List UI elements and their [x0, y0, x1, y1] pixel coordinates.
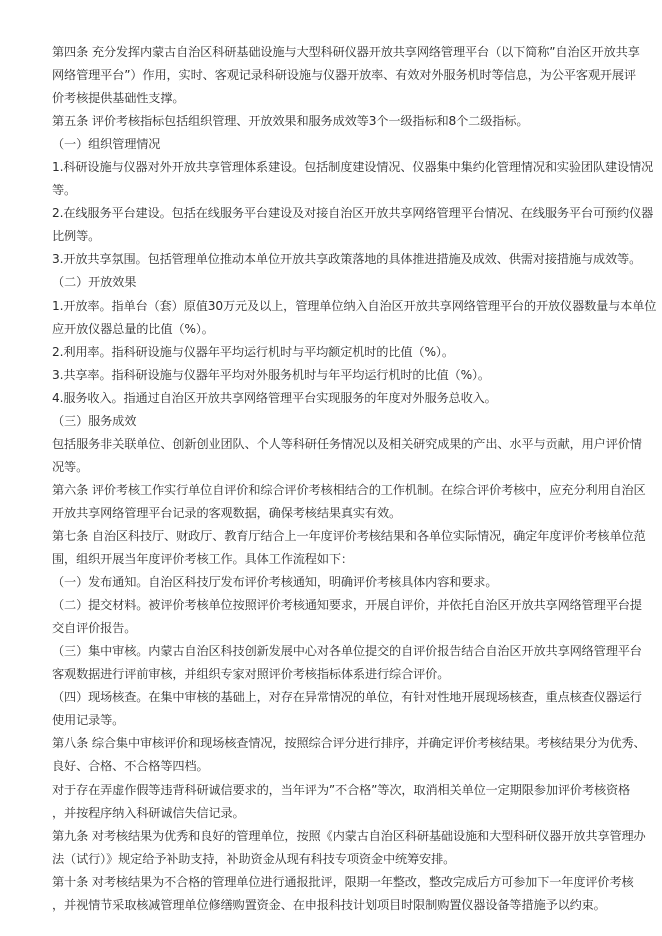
text-line: 对于存在弄虚作假等违背科研诚信要求的，当年评为”不合格”等次，取消相关单位一定期…: [52, 779, 610, 802]
paragraph-sec1-1: 1.科研设施与仪器对外开放共享管理体系建设。包括制度建设情况、仪器集中集约化管理…: [52, 156, 610, 202]
paragraph-sec3-body: 包括服务非关联单位、创新创业团队、个人等科研任务情况以及相关研究成果的产出、水平…: [52, 433, 610, 479]
text-line: 4.服务收入。指通过自治区开放共享网络管理平台实现服务的年度对外服务总收入。: [52, 387, 610, 410]
paragraph-sec2-3: 3.共享率。指科研设施与仪器年平均对外服务机时与年平均运行机时的比值（%）。: [52, 364, 610, 387]
paragraph-sec2-1: 1.开放率。指单台（套）原值30万元及以上，管理单位纳入自治区开放共享网络管理平…: [52, 295, 610, 341]
text-line: ，并按程序纳入科研诚信失信记录。: [52, 802, 610, 825]
text-line: 包括服务非关联单位、创新创业团队、个人等科研任务情况以及相关研究成果的产出、水平…: [52, 433, 610, 456]
paragraph-art7: 第七条 自治区科技厅、财政厅、教育厅结合上一年度评价考核结果和各单位实际情况，确…: [52, 525, 610, 571]
text-line: 等。: [52, 179, 610, 202]
text-line: （二）开放效果: [52, 271, 610, 294]
paragraph-art6: 第六条 评价考核工作实行单位自评价和综合评价考核相结合的工作机制。在综合评价考核…: [52, 479, 610, 525]
text-line: ，并视情节采取核减管理单位修缮购置资金、在申报科技计划项目时限制购置仪器设备等措…: [52, 894, 610, 917]
paragraph-step3: （三）集中审核。内蒙古自治区科技创新发展中心对各单位提交的自评价报告结合自治区开…: [52, 640, 610, 686]
text-line: 第四条 充分发挥内蒙古自治区科研基础设施与大型科研仪器开放共享网络管理平台（以下…: [52, 41, 610, 64]
paragraph-art8-2: 对于存在弄虚作假等违背科研诚信要求的，当年评为”不合格”等次，取消相关单位一定期…: [52, 779, 610, 825]
paragraph-art9: 第九条 对考核结果为优秀和良好的管理单位，按照《内蒙古自治区科研基础设施和大型科…: [52, 825, 610, 871]
document-page: 第四条 充分发挥内蒙古自治区科研基础设施与大型科研仪器开放共享网络管理平台（以下…: [52, 41, 610, 917]
paragraph-sec2-2: 2.利用率。指科研设施与仪器年平均运行机时与平均额定机时的比值（%）。: [52, 341, 610, 364]
paragraph-sec1: （一）组织管理情况: [52, 133, 610, 156]
paragraph-art4: 第四条 充分发挥内蒙古自治区科研基础设施与大型科研仪器开放共享网络管理平台（以下…: [52, 41, 610, 110]
text-line: 2.在线服务平台建设。包括在线服务平台建设及对接自治区开放共享网络管理平台情况、…: [52, 202, 610, 225]
text-line: 良好、合格、不合格等四档。: [52, 755, 610, 778]
text-line: 1.开放率。指单台（套）原值30万元及以上，管理单位纳入自治区开放共享网络管理平…: [52, 295, 610, 318]
paragraph-sec1-2: 2.在线服务平台建设。包括在线服务平台建设及对接自治区开放共享网络管理平台情况、…: [52, 202, 610, 248]
text-line: 交自评价报告。: [52, 617, 610, 640]
text-line: 第九条 对考核结果为优秀和良好的管理单位，按照《内蒙古自治区科研基础设施和大型科…: [52, 825, 610, 848]
text-line: （一）发布通知。自治区科技厅发布评价考核通知，明确评价考核具体内容和要求。: [52, 571, 610, 594]
text-line: 网络管理平台”）作用，实时、客观记录科研设施与仪器开放率、有效对外服务机时等信息…: [52, 64, 610, 87]
text-line: 第六条 评价考核工作实行单位自评价和综合评价考核相结合的工作机制。在综合评价考核…: [52, 479, 610, 502]
paragraph-art8: 第八条 综合集中审核评价和现场核查情况，按照综合评分进行排序，并确定评价考核结果…: [52, 732, 610, 778]
text-line: 况等。: [52, 456, 610, 479]
text-line: 第五条 评价考核指标包括组织管理、开放效果和服务成效等3个一级指标和8个二级指标…: [52, 110, 610, 133]
paragraph-sec2-4: 4.服务收入。指通过自治区开放共享网络管理平台实现服务的年度对外服务总收入。: [52, 387, 610, 410]
text-line: 围，组织开展当年度评价考核工作。具体工作流程如下：: [52, 548, 610, 571]
text-line: （三）集中审核。内蒙古自治区科技创新发展中心对各单位提交的自评价报告结合自治区开…: [52, 640, 610, 663]
text-line: 第八条 综合集中审核评价和现场核查情况，按照综合评分进行排序，并确定评价考核结果…: [52, 732, 610, 755]
paragraph-art5: 第五条 评价考核指标包括组织管理、开放效果和服务成效等3个一级指标和8个二级指标…: [52, 110, 610, 133]
text-line: （三）服务成效: [52, 410, 610, 433]
text-line: 2.利用率。指科研设施与仪器年平均运行机时与平均额定机时的比值（%）。: [52, 341, 610, 364]
text-line: 第七条 自治区科技厅、财政厅、教育厅结合上一年度评价考核结果和各单位实际情况，确…: [52, 525, 610, 548]
text-line: 价考核提供基础性支撑。: [52, 87, 610, 110]
text-line: 开放共享网络管理平台记录的客观数据，确保考核结果真实有效。: [52, 502, 610, 525]
text-line: （一）组织管理情况: [52, 133, 610, 156]
paragraph-sec3: （三）服务成效: [52, 410, 610, 433]
text-line: 比例等。: [52, 225, 610, 248]
text-line: 1.科研设施与仪器对外开放共享管理体系建设。包括制度建设情况、仪器集中集约化管理…: [52, 156, 610, 179]
text-line: 使用记录等。: [52, 709, 610, 732]
text-line: （二）提交材料。被评价考核单位按照评价考核通知要求，开展自评价，并依托自治区开放…: [52, 594, 610, 617]
text-line: 应开放仪器总量的比值（%）。: [52, 318, 610, 341]
text-line: 第十条 对考核结果为不合格的管理单位进行通报批评，限期一年整改，整改完成后方可参…: [52, 871, 610, 894]
text-line: 3.共享率。指科研设施与仪器年平均对外服务机时与年平均运行机时的比值（%）。: [52, 364, 610, 387]
text-line: （四）现场核查。在集中审核的基础上，对存在异常情况的单位，有针对性地开展现场核查…: [52, 686, 610, 709]
text-line: 客观数据进行评前审核，并组织专家对照评价考核指标体系进行综合评价。: [52, 663, 610, 686]
paragraph-step2: （二）提交材料。被评价考核单位按照评价考核通知要求，开展自评价，并依托自治区开放…: [52, 594, 610, 640]
paragraph-sec1-3: 3.开放共享氛围。包括管理单位推动本单位开放共享政策落地的具体推进措施及成效、供…: [52, 248, 610, 271]
text-line: 3.开放共享氛围。包括管理单位推动本单位开放共享政策落地的具体推进措施及成效、供…: [52, 248, 610, 271]
paragraph-art10: 第十条 对考核结果为不合格的管理单位进行通报批评，限期一年整改，整改完成后方可参…: [52, 871, 610, 917]
paragraph-sec2: （二）开放效果: [52, 271, 610, 294]
paragraph-step1: （一）发布通知。自治区科技厅发布评价考核通知，明确评价考核具体内容和要求。: [52, 571, 610, 594]
text-line: 法（试行）》规定给予补助支持，补助资金从现有科技专项资金中统筹安排。: [52, 848, 610, 871]
paragraph-step4: （四）现场核查。在集中审核的基础上，对存在异常情况的单位，有针对性地开展现场核查…: [52, 686, 610, 732]
